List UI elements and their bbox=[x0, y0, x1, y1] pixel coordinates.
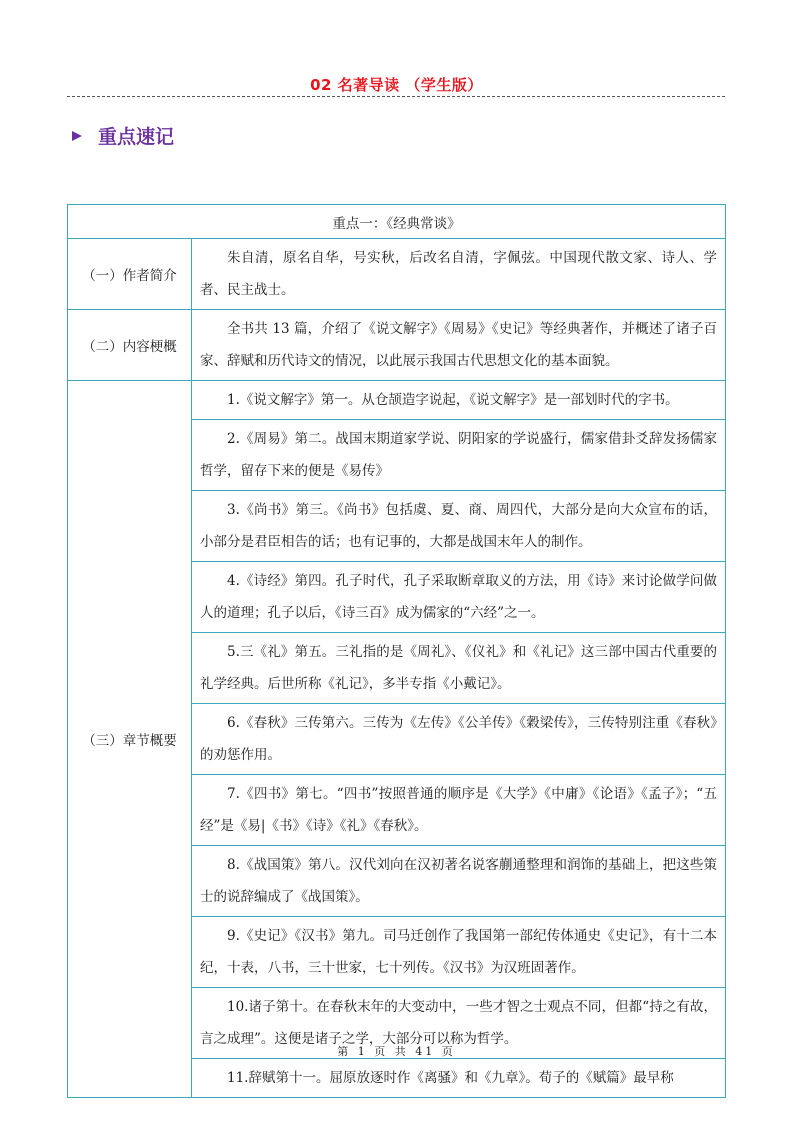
table-title-row: 重点一：《经典常谈》 bbox=[68, 205, 726, 239]
chapter-item: 9.《史记》《汉书》第九。司马迁创作了我国第一部纪传体通史《史记》，有十二本纪，… bbox=[192, 917, 726, 988]
chapter-item: 1.《说文解字》第一。从仓颉造字说起，《说文解字》是一部划时代的字书。 bbox=[192, 381, 726, 420]
chapter-item: 8.《战国策》第八。汉代刘向在汉初著名说客蒯通整理和润饰的基础上，把这些策士的说… bbox=[192, 846, 726, 917]
chapter-item: 11.辞赋第十一。屈原放逐时作《离骚》和《九章》。荀子的《赋篇》最早称 bbox=[192, 1059, 726, 1098]
section-heading-text: 重点速记 bbox=[98, 122, 174, 149]
chapter-item: 7.《四书》第七。“四书”按照普通的顺序是《大学》《中庸》《论语》《孟子》；“五… bbox=[192, 775, 726, 846]
chapter-item: 3.《尚书》第三。《尚书》包括虞、夏、商、周四代，大部分是向大众宣布的话，小部分… bbox=[192, 491, 726, 562]
chapter-row: （三）章节概要 1.《说文解字》第一。从仓颉造字说起，《说文解字》是一部划时代的… bbox=[68, 381, 726, 420]
key-points-table: 重点一：《经典常谈》 （一）作者简介 朱自清，原名自华，号实秋，后改名自清，字佩… bbox=[67, 204, 726, 1098]
chapters-label: （三）章节概要 bbox=[68, 381, 192, 1098]
chapter-item: 6.《春秋》三传第六。三传为《左传》《公羊传》《穀梁传》，三传特别注重《春秋》的… bbox=[192, 704, 726, 775]
header-divider bbox=[67, 96, 725, 97]
content-label: （二）内容梗概 bbox=[68, 310, 192, 381]
table-title: 重点一：《经典常谈》 bbox=[68, 205, 726, 239]
chapter-item: 2.《周易》第二。战国末期道家学说、阴阳家的学说盛行，儒家借卦爻辞发扬儒家哲学，… bbox=[192, 420, 726, 491]
content-text: 全书共 13 篇，介绍了《说文解字》《周易》《史记》等经典著作，并概述了诸子百家… bbox=[192, 310, 726, 381]
content-row: （二）内容梗概 全书共 13 篇，介绍了《说文解字》《周易》《史记》等经典著作，… bbox=[68, 310, 726, 381]
arrow-bullet-icon bbox=[72, 131, 82, 141]
section-heading: 重点速记 bbox=[72, 122, 174, 149]
chapter-item: 4.《诗经》第四。孔子时代，孔子采取断章取义的方法，用《诗》来讨论做学问做人的道… bbox=[192, 562, 726, 633]
page-number: 第 1 页 共 41 页 bbox=[0, 1043, 793, 1059]
author-label: （一）作者简介 bbox=[68, 239, 192, 310]
author-row: （一）作者简介 朱自清，原名自华，号实秋，后改名自清，字佩弦。中国现代散文家、诗… bbox=[68, 239, 726, 310]
chapter-item: 5.三《礼》第五。三礼指的是《周礼》、《仪礼》和《礼记》这三部中国古代重要的礼学… bbox=[192, 633, 726, 704]
author-text: 朱自清，原名自华，号实秋，后改名自清，字佩弦。中国现代散文家、诗人、学者、民主战… bbox=[192, 239, 726, 310]
document-header-title: 02 名著导读 （学生版） bbox=[0, 74, 793, 95]
